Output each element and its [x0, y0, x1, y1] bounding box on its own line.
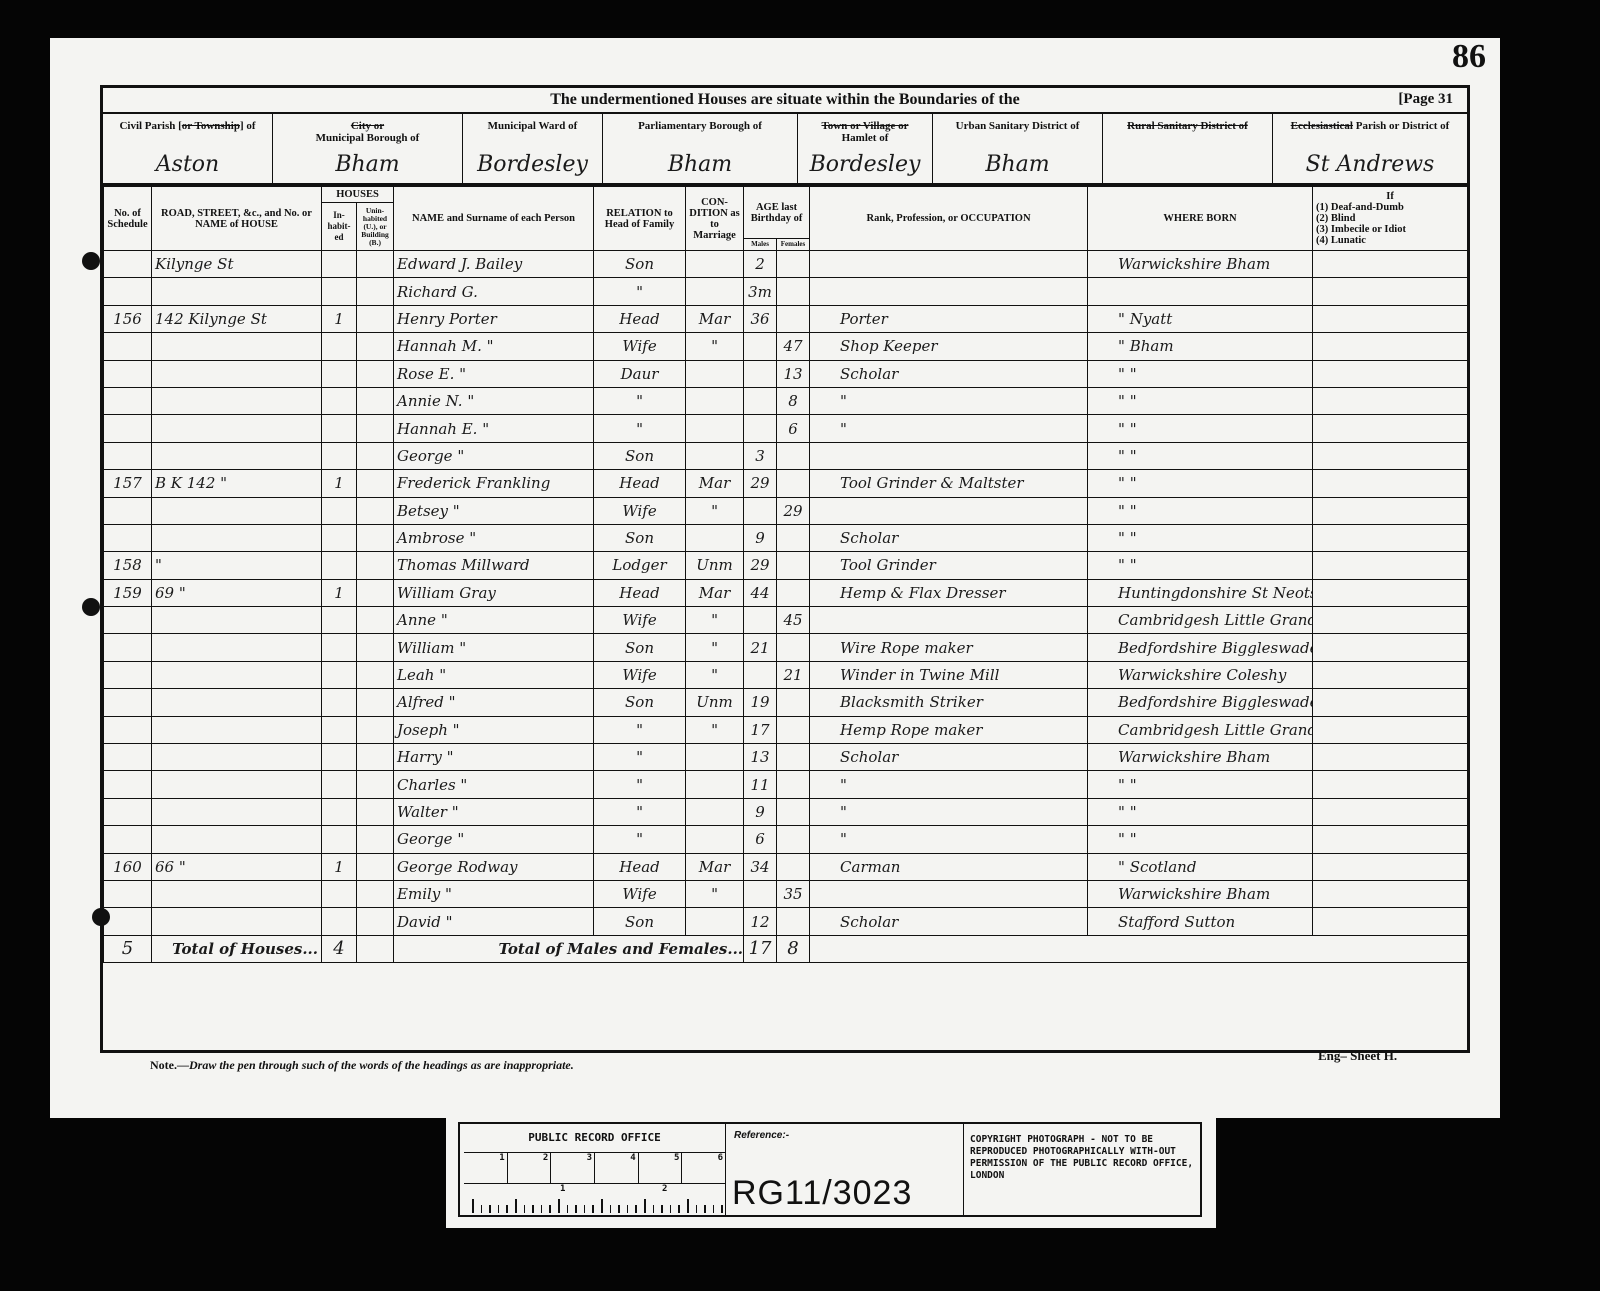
cell-male-age: 9: [744, 798, 777, 825]
cell-name: Betsey ": [394, 497, 594, 524]
cell-uninhabited: [357, 579, 394, 606]
admin-municipal-ward: Municipal Ward of Bordesley: [463, 114, 603, 183]
record-office-scale: PUBLIC RECORD OFFICE 123456 1 2: [464, 1124, 726, 1217]
cell-road: 69 ": [152, 579, 322, 606]
table-row: Emily "Wife"35Warwickshire Bham: [104, 880, 1468, 907]
cell-road: [152, 360, 322, 387]
cell-infirmity: [1313, 880, 1468, 907]
cell-female-age: [777, 798, 810, 825]
cell-condition: ": [686, 716, 744, 743]
cell-name: George ": [394, 442, 594, 469]
table-row: Kilynge StEdward J. BaileySon2Warwickshi…: [104, 251, 1468, 278]
cell-uninhabited: [357, 387, 394, 414]
cell-infirmity: [1313, 333, 1468, 360]
cell-inhabited: [322, 333, 357, 360]
table-row: Richard G."3m: [104, 278, 1468, 305]
cell-relation: Son: [594, 689, 686, 716]
col-males: Males: [744, 239, 777, 251]
cell-uninhabited: [357, 278, 394, 305]
cell-relation: Wife: [594, 880, 686, 907]
cell-schedule: [104, 278, 152, 305]
cell-road: [152, 333, 322, 360]
cell-name: David ": [394, 908, 594, 935]
table-row: 16066 "1George RodwayHeadMar34Carman" Sc…: [104, 853, 1468, 880]
table-row: 157B K 142 "1Frederick FranklingHeadMar2…: [104, 470, 1468, 497]
cell-name: William Gray: [394, 579, 594, 606]
folio-number: 86: [1452, 38, 1486, 76]
cell-name: Alfred ": [394, 689, 594, 716]
cell-occupation: Winder in Twine Mill: [810, 661, 1088, 688]
total-females: 8: [787, 938, 798, 959]
cell-inhabited: [322, 360, 357, 387]
cell-male-age: [744, 607, 777, 634]
cell-inhabited: [322, 524, 357, 551]
cell-name: Ambrose ": [394, 524, 594, 551]
cell-where-born: " ": [1088, 798, 1313, 825]
cell-where-born: " Nyatt: [1088, 305, 1313, 332]
admin-urban-sanitary: Urban Sanitary District of Bham: [933, 114, 1103, 183]
cell-female-age: [777, 826, 810, 853]
cell-uninhabited: [357, 880, 394, 907]
cell-inhabited: [322, 497, 357, 524]
cell-condition: [686, 387, 744, 414]
cell-road: [152, 387, 322, 414]
col-uninhabited: Unin-habited (U.), or Building (B.): [357, 203, 394, 251]
cell-name: William ": [394, 634, 594, 661]
reference-value: RG11/3023: [732, 1174, 912, 1213]
cell-road: 66 ": [152, 853, 322, 880]
cell-male-age: 29: [744, 552, 777, 579]
cell-occupation: Shop Keeper: [810, 333, 1088, 360]
cell-road: [152, 716, 322, 743]
cell-female-age: 47: [777, 333, 810, 360]
cell-where-born: " Bham: [1088, 333, 1313, 360]
cell-female-age: 6: [777, 415, 810, 442]
col-schedule: No. of Schedule: [104, 187, 152, 251]
cell-condition: [686, 798, 744, 825]
cell-relation: Head: [594, 579, 686, 606]
cell-uninhabited: [357, 305, 394, 332]
table-row: Harry ""13ScholarWarwickshire Bham: [104, 744, 1468, 771]
cell-road: [152, 744, 322, 771]
table-row: Betsey "Wife"29" ": [104, 497, 1468, 524]
cell-occupation: [810, 442, 1088, 469]
cell-condition: [686, 524, 744, 551]
cell-condition: Mar: [686, 470, 744, 497]
total-males: 17: [749, 938, 772, 959]
cell-schedule: 160: [104, 853, 152, 880]
sheet-label: Eng– Sheet H.: [1318, 1048, 1397, 1064]
cell-female-age: [777, 716, 810, 743]
cell-female-age: [777, 251, 810, 278]
cell-condition: Mar: [686, 579, 744, 606]
cell-inhabited: 1: [322, 305, 357, 332]
admin-civil-parish: Civil Parish [or Township] of Aston: [103, 114, 273, 183]
cell-occupation: Scholar: [810, 360, 1088, 387]
total-houses-inhabited: 4: [333, 938, 344, 959]
cell-infirmity: [1313, 497, 1468, 524]
cell-schedule: [104, 251, 152, 278]
cell-infirmity: [1313, 607, 1468, 634]
cell-male-age: 44: [744, 579, 777, 606]
cell-uninhabited: [357, 798, 394, 825]
cell-where-born: Warwickshire Bham: [1088, 744, 1313, 771]
col-relation: RELATION to Head of Family: [594, 187, 686, 251]
cell-relation: Wife: [594, 497, 686, 524]
cell-condition: [686, 771, 744, 798]
cell-uninhabited: [357, 442, 394, 469]
cell-inhabited: 1: [322, 853, 357, 880]
cell-name: Emily ": [394, 880, 594, 907]
table-row: Rose E. "Daur13Scholar" ": [104, 360, 1468, 387]
admin-areas: Civil Parish [or Township] of Aston City…: [103, 114, 1467, 186]
cell-where-born: " ": [1088, 387, 1313, 414]
cell-relation: Son: [594, 524, 686, 551]
cell-name: Richard G.: [394, 278, 594, 305]
table-row: Walter ""9"" ": [104, 798, 1468, 825]
cell-occupation: Blacksmith Striker: [810, 689, 1088, 716]
cell-occupation: [810, 251, 1088, 278]
cell-uninhabited: [357, 333, 394, 360]
cell-inhabited: [322, 415, 357, 442]
cell-name: George Rodway: [394, 853, 594, 880]
cell-male-age: [744, 880, 777, 907]
cell-male-age: 12: [744, 908, 777, 935]
form-banner: The undermentioned Houses are situate wi…: [103, 88, 1467, 114]
cell-inhabited: [322, 880, 357, 907]
cell-schedule: [104, 908, 152, 935]
cell-name: Harry ": [394, 744, 594, 771]
cell-occupation: ": [810, 387, 1088, 414]
cell-relation: Wife: [594, 607, 686, 634]
cell-road: [152, 908, 322, 935]
cell-where-born: " ": [1088, 771, 1313, 798]
cell-female-age: [777, 744, 810, 771]
cell-inhabited: 1: [322, 579, 357, 606]
cell-uninhabited: [357, 497, 394, 524]
admin-ecclesiastical-parish: Ecclesiastical Parish or District of St …: [1273, 114, 1467, 183]
cell-condition: [686, 744, 744, 771]
cell-infirmity: [1313, 908, 1468, 935]
cell-occupation: ": [810, 826, 1088, 853]
cell-road: ": [152, 552, 322, 579]
cell-uninhabited: [357, 634, 394, 661]
cell-uninhabited: [357, 661, 394, 688]
binder-hole: [82, 598, 100, 616]
cell-condition: [686, 278, 744, 305]
cell-infirmity: [1313, 415, 1468, 442]
cell-occupation: [810, 607, 1088, 634]
table-row: Anne "Wife"45Cambridgesh Little Grandby: [104, 607, 1468, 634]
cell-female-age: 29: [777, 497, 810, 524]
cell-relation: ": [594, 716, 686, 743]
cell-male-age: 3m: [744, 278, 777, 305]
cell-occupation: Hemp & Flax Dresser: [810, 579, 1088, 606]
cell-road: [152, 442, 322, 469]
col-females: Females: [777, 239, 810, 251]
cell-infirmity: [1313, 278, 1468, 305]
cell-condition: Unm: [686, 552, 744, 579]
cell-inhabited: [322, 251, 357, 278]
cell-relation: ": [594, 771, 686, 798]
cell-occupation: Carman: [810, 853, 1088, 880]
cell-schedule: [104, 689, 152, 716]
table-row: Leah "Wife"21Winder in Twine MillWarwick…: [104, 661, 1468, 688]
cell-male-age: 21: [744, 634, 777, 661]
cell-occupation: ": [810, 798, 1088, 825]
cell-infirmity: [1313, 552, 1468, 579]
cell-road: [152, 634, 322, 661]
admin-value: Aston: [103, 152, 272, 177]
cell-schedule: [104, 524, 152, 551]
cell-name: Rose E. ": [394, 360, 594, 387]
copyright-notice: COPYRIGHT PHOTOGRAPH - NOT TO BE REPRODU…: [970, 1134, 1195, 1182]
table-row: Alfred "SonUnm19Blacksmith StrikerBedfor…: [104, 689, 1468, 716]
cell-relation: Son: [594, 634, 686, 661]
cell-inhabited: [322, 634, 357, 661]
table-row: Joseph """17Hemp Rope makerCambridgesh L…: [104, 716, 1468, 743]
cell-condition: [686, 360, 744, 387]
cell-schedule: [104, 771, 152, 798]
cell-relation: Wife: [594, 661, 686, 688]
cell-occupation: Hemp Rope maker: [810, 716, 1088, 743]
cell-where-born: Warwickshire Coleshy: [1088, 661, 1313, 688]
cell-occupation: Wire Rope maker: [810, 634, 1088, 661]
cell-male-age: [744, 360, 777, 387]
col-where-born: WHERE BORN: [1088, 187, 1313, 251]
cell-uninhabited: [357, 744, 394, 771]
cell-schedule: [104, 880, 152, 907]
cell-female-age: [777, 579, 810, 606]
total-houses-label: Total of Houses...: [152, 935, 322, 962]
cell-infirmity: [1313, 360, 1468, 387]
cell-female-age: 35: [777, 880, 810, 907]
cell-condition: ": [686, 634, 744, 661]
col-name: NAME and Surname of each Person: [394, 187, 594, 251]
table-row: Annie N. ""8"" ": [104, 387, 1468, 414]
cell-infirmity: [1313, 305, 1468, 332]
cell-relation: Daur: [594, 360, 686, 387]
cell-female-age: 13: [777, 360, 810, 387]
cell-occupation: Porter: [810, 305, 1088, 332]
cell-condition: [686, 826, 744, 853]
cell-male-age: 36: [744, 305, 777, 332]
cell-where-born: Bedfordshire Biggleswade: [1088, 634, 1313, 661]
cell-infirmity: [1313, 798, 1468, 825]
cell-condition: Mar: [686, 305, 744, 332]
cell-occupation: Scholar: [810, 524, 1088, 551]
census-table: No. of Schedule ROAD, STREET, &c., and N…: [103, 186, 1468, 963]
cell-uninhabited: [357, 552, 394, 579]
cell-uninhabited: [357, 251, 394, 278]
cell-female-age: [777, 908, 810, 935]
cell-schedule: 156: [104, 305, 152, 332]
table-row: Hannah E. ""6"" ": [104, 415, 1468, 442]
cell-condition: Unm: [686, 689, 744, 716]
cell-male-age: 11: [744, 771, 777, 798]
binder-hole: [82, 252, 100, 270]
cell-female-age: [777, 278, 810, 305]
cell-name: Annie N. ": [394, 387, 594, 414]
cell-schedule: [104, 333, 152, 360]
cell-inhabited: [322, 771, 357, 798]
cell-where-born: Warwickshire Bham: [1088, 251, 1313, 278]
cell-male-age: 29: [744, 470, 777, 497]
cell-inhabited: [322, 689, 357, 716]
cell-where-born: " ": [1088, 552, 1313, 579]
admin-parliamentary-borough: Parliamentary Borough of Bham: [603, 114, 798, 183]
cell-inhabited: [322, 826, 357, 853]
cell-female-age: 45: [777, 607, 810, 634]
cell-female-age: [777, 305, 810, 332]
cell-where-born: Cambridgesh Little Grandby: [1088, 607, 1313, 634]
cell-uninhabited: [357, 716, 394, 743]
page-label: [Page 31: [1398, 91, 1453, 108]
cell-infirmity: [1313, 470, 1468, 497]
cell-condition: ": [686, 333, 744, 360]
cell-inhabited: [322, 387, 357, 414]
cell-female-age: 8: [777, 387, 810, 414]
cell-inhabited: [322, 908, 357, 935]
cell-where-born: Warwickshire Bham: [1088, 880, 1313, 907]
cell-relation: ": [594, 387, 686, 414]
col-condition: CON-DITION as to Marriage: [686, 187, 744, 251]
cell-male-age: 9: [744, 524, 777, 551]
cell-condition: [686, 908, 744, 935]
cell-inhabited: [322, 607, 357, 634]
cell-occupation: [810, 278, 1088, 305]
cell-road: [152, 661, 322, 688]
table-row: Hannah M. "Wife"47Shop Keeper" Bham: [104, 333, 1468, 360]
total-schedules: 5: [122, 938, 133, 959]
cell-female-age: [777, 634, 810, 661]
cell-road: [152, 497, 322, 524]
cell-male-age: [744, 415, 777, 442]
cell-female-age: 21: [777, 661, 810, 688]
cell-name: Walter ": [394, 798, 594, 825]
cell-name: Frederick Frankling: [394, 470, 594, 497]
cell-name: Hannah M. ": [394, 333, 594, 360]
cell-road: Kilynge St: [152, 251, 322, 278]
cell-male-age: 17: [744, 716, 777, 743]
cell-relation: Son: [594, 908, 686, 935]
banner-title: The undermentioned Houses are situate wi…: [103, 91, 1467, 109]
cell-female-age: [777, 524, 810, 551]
table-row: Ambrose "Son9Scholar" ": [104, 524, 1468, 551]
cell-schedule: [104, 798, 152, 825]
cell-uninhabited: [357, 524, 394, 551]
table-row: 156142 Kilynge St1Henry PorterHeadMar36P…: [104, 305, 1468, 332]
cell-relation: ": [594, 826, 686, 853]
table-row: George "Son3" ": [104, 442, 1468, 469]
cell-name: George ": [394, 826, 594, 853]
cell-schedule: [104, 634, 152, 661]
cell-uninhabited: [357, 771, 394, 798]
cell-uninhabited: [357, 607, 394, 634]
cell-name: Charles ": [394, 771, 594, 798]
cell-where-born: " Scotland: [1088, 853, 1313, 880]
cell-where-born: " ": [1088, 826, 1313, 853]
cell-inhabited: [322, 278, 357, 305]
cell-condition: ": [686, 607, 744, 634]
cell-name: Henry Porter: [394, 305, 594, 332]
cell-female-age: [777, 470, 810, 497]
cell-male-age: 6: [744, 826, 777, 853]
cell-female-age: [777, 442, 810, 469]
cell-female-age: [777, 771, 810, 798]
ruler-scale: 1 2: [464, 1184, 725, 1216]
cell-relation: Wife: [594, 333, 686, 360]
cell-where-born: Cambridgesh Little Grandby: [1088, 716, 1313, 743]
census-form: The undermentioned Houses are situate wi…: [100, 85, 1470, 1053]
cell-relation: Son: [594, 251, 686, 278]
reference-box: Reference:- RG11/3023: [726, 1124, 964, 1217]
cell-road: B K 142 ": [152, 470, 322, 497]
cell-name: Joseph ": [394, 716, 594, 743]
cell-name: Leah ": [394, 661, 594, 688]
col-houses: HOUSES: [322, 187, 394, 203]
col-age: AGE last Birthday of: [744, 187, 810, 239]
cell-infirmity: [1313, 442, 1468, 469]
cell-uninhabited: [357, 853, 394, 880]
table-row: George ""6"" ": [104, 826, 1468, 853]
cell-schedule: [104, 826, 152, 853]
cell-relation: ": [594, 798, 686, 825]
cell-relation: Head: [594, 853, 686, 880]
cell-infirmity: [1313, 524, 1468, 551]
cell-male-age: 2: [744, 251, 777, 278]
cell-where-born: Stafford Sutton: [1088, 908, 1313, 935]
cell-occupation: Scholar: [810, 908, 1088, 935]
cell-schedule: 157: [104, 470, 152, 497]
cell-condition: ": [686, 497, 744, 524]
cell-occupation: [810, 497, 1088, 524]
cell-schedule: [104, 716, 152, 743]
cell-infirmity: [1313, 634, 1468, 661]
cell-schedule: 159: [104, 579, 152, 606]
cell-road: [152, 880, 322, 907]
cell-infirmity: [1313, 387, 1468, 414]
cell-relation: Son: [594, 442, 686, 469]
cell-where-born: " ": [1088, 470, 1313, 497]
cell-road: [152, 415, 322, 442]
cell-where-born: " ": [1088, 360, 1313, 387]
col-road: ROAD, STREET, &c., and No. or NAME of HO…: [152, 187, 322, 251]
cell-infirmity: [1313, 771, 1468, 798]
cell-inhabited: [322, 552, 357, 579]
cell-condition: Mar: [686, 853, 744, 880]
cell-infirmity: [1313, 826, 1468, 853]
cell-male-age: [744, 497, 777, 524]
cell-inhabited: [322, 798, 357, 825]
cell-female-age: [777, 552, 810, 579]
reference-label: Reference:-: [726, 1124, 963, 1147]
cell-road: [152, 524, 322, 551]
cell-female-age: [777, 853, 810, 880]
cell-condition: ": [686, 661, 744, 688]
cell-inhabited: [322, 442, 357, 469]
cell-schedule: [104, 442, 152, 469]
cell-occupation: ": [810, 415, 1088, 442]
cell-road: [152, 689, 322, 716]
cell-occupation: Tool Grinder & Maltster: [810, 470, 1088, 497]
cell-female-age: [777, 689, 810, 716]
cell-inhabited: [322, 661, 357, 688]
cell-relation: Head: [594, 470, 686, 497]
cell-relation: ": [594, 415, 686, 442]
cell-road: [152, 607, 322, 634]
cell-uninhabited: [357, 415, 394, 442]
